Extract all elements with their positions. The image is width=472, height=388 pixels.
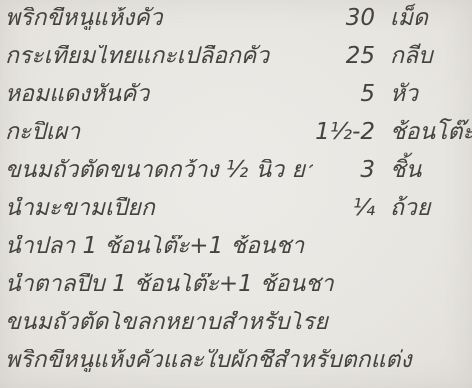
ingredient-name: พริกขี้หนูแห้งคั่ว <box>5 7 313 30</box>
note-line: น้ำปลา 1 ช้อนโต๊ะ+1 ช้อนชา <box>5 235 472 273</box>
ingredient-row: หอมแดงหั่นคั่ว 5 หัว <box>5 83 472 121</box>
note-text: ขนมถั่วตัดโขลกหยาบสำหรับโรย <box>5 311 472 334</box>
note-text: น้ำปลา 1 ช้อนโต๊ะ+1 ช้อนชา <box>5 235 472 258</box>
ingredient-unit: กลีบ <box>375 45 472 68</box>
note-line: ขนมถั่วตัดโขลกหยาบสำหรับโรย <box>5 311 472 349</box>
ingredient-row: กระเทียมไทยแกะเปลือกคั่ว 25 กลีบ <box>5 45 472 83</box>
ingredient-name: ขนมถั่วตัดขนาดกว้าง ½ นิ้ว ยาว 2 นิ้ว <box>5 159 313 182</box>
ingredient-unit: ชิ้น <box>375 159 472 182</box>
ingredient-row: พริกขี้หนูแห้งคั่ว 30 เม็ด <box>5 7 472 45</box>
note-line: น้ำตาลปี๊บ 1 ช้อนโต๊ะ+1 ช้อนชา <box>5 273 472 311</box>
note-text: พริกขี้หนูแห้งคั่วและใบผักชีสำหรับตกแต่ง <box>5 349 472 372</box>
ingredient-unit: หัว <box>375 83 472 106</box>
document-page: พริกขี้หนูแห้งคั่ว 30 เม็ด กระเทียมไทยแก… <box>0 0 472 388</box>
note-line: พริกขี้หนูแห้งคั่วและใบผักชีสำหรับตกแต่ง <box>5 349 472 387</box>
ingredient-qty: 30 <box>313 7 375 30</box>
ingredient-name: กะปิเผา <box>5 121 313 144</box>
ingredient-row: กะปิเผา 1½-2 ช้อนโต๊ะ <box>5 121 472 159</box>
ingredient-name: หอมแดงหั่นคั่ว <box>5 83 313 106</box>
ingredient-row: ขนมถั่วตัดขนาดกว้าง ½ นิ้ว ยาว 2 นิ้ว 3 … <box>5 159 472 197</box>
ingredient-qty: 25 <box>313 45 375 68</box>
ingredient-name: กระเทียมไทยแกะเปลือกคั่ว <box>5 45 313 68</box>
ingredient-qty: 3 <box>313 159 375 182</box>
ingredient-unit: ช้อนโต๊ะ <box>375 121 472 144</box>
ingredient-unit: เม็ด <box>375 7 472 30</box>
ingredient-name: น้ำมะขามเปียก <box>5 197 313 220</box>
ingredient-qty: ¼ <box>313 197 375 220</box>
note-text: น้ำตาลปี๊บ 1 ช้อนโต๊ะ+1 ช้อนชา <box>5 273 472 296</box>
ingredient-unit: ถ้วย <box>375 197 472 220</box>
ingredient-qty: 1½-2 <box>313 121 375 144</box>
ingredient-qty: 5 <box>313 83 375 106</box>
ingredient-row: น้ำมะขามเปียก ¼ ถ้วย <box>5 197 472 235</box>
